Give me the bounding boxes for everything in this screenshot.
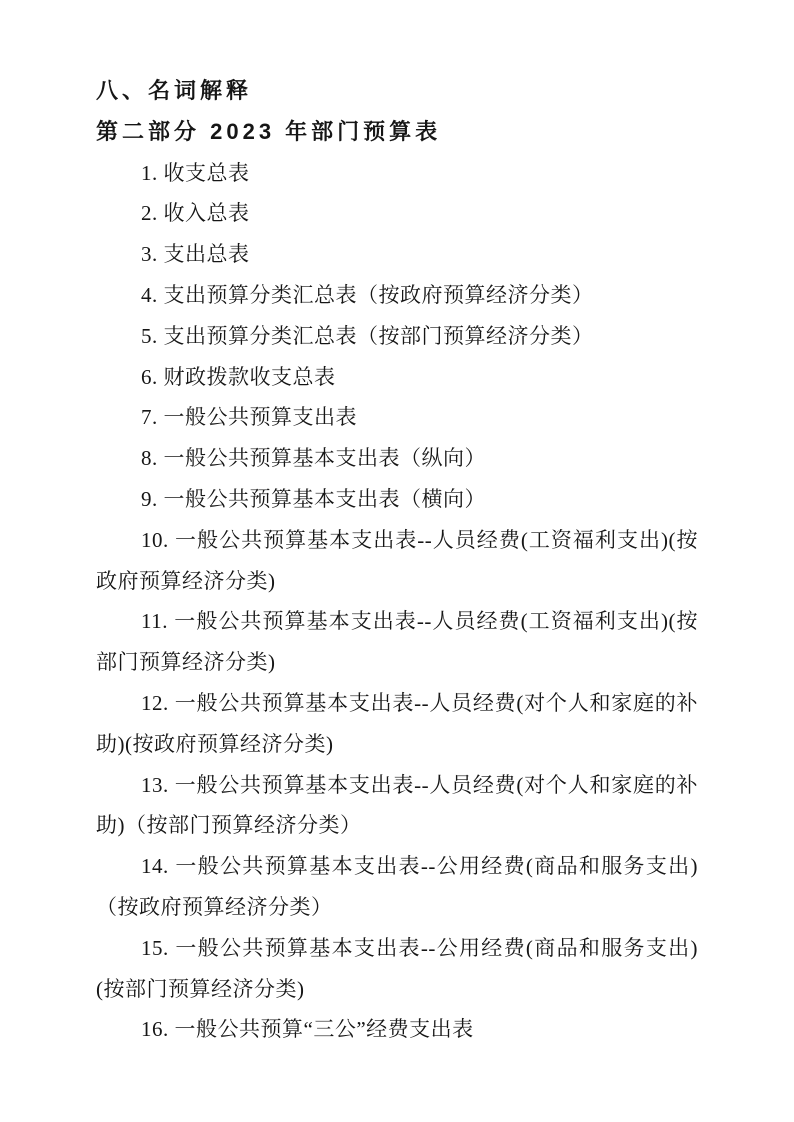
list-item: 10. 一般公共预算基本支出表--人员经费(工资福利支出)(按政府预算经济分类) <box>96 520 698 602</box>
list-item: 16. 一般公共预算“三公”经费支出表 <box>96 1009 698 1050</box>
list-item: 6. 财政拨款收支总表 <box>96 357 698 398</box>
list-item: 5. 支出预算分类汇总表（按部门预算经济分类） <box>96 316 698 357</box>
list-item: 8. 一般公共预算基本支出表（纵向） <box>96 438 698 479</box>
list-item: 2. 收入总表 <box>96 193 698 234</box>
list-item: 9. 一般公共预算基本支出表（横向） <box>96 479 698 520</box>
list-item: 12. 一般公共预算基本支出表--人员经费(对个人和家庭的补助)(按政府预算经济… <box>96 683 698 765</box>
document-page: 八、名词解释 第二部分 2023 年部门预算表 1. 收支总表 2. 收入总表 … <box>0 0 794 1122</box>
list-item: 1. 收支总表 <box>96 153 698 194</box>
list-item: 7. 一般公共预算支出表 <box>96 397 698 438</box>
list-item: 11. 一般公共预算基本支出表--人员经费(工资福利支出)(按部门预算经济分类) <box>96 601 698 683</box>
list-item: 14. 一般公共预算基本支出表--公用经费(商品和服务支出)（按政府预算经济分类… <box>96 846 698 928</box>
list-item: 3. 支出总表 <box>96 234 698 275</box>
list-item: 15. 一般公共预算基本支出表--公用经费(商品和服务支出)(按部门预算经济分类… <box>96 928 698 1010</box>
list-item: 4. 支出预算分类汇总表（按政府预算经济分类） <box>96 275 698 316</box>
toc-list: 1. 收支总表 2. 收入总表 3. 支出总表 4. 支出预算分类汇总表（按政府… <box>96 153 698 1051</box>
part-heading: 第二部分 2023 年部门预算表 <box>96 112 698 153</box>
section-heading: 八、名词解释 <box>96 71 698 112</box>
list-item: 13. 一般公共预算基本支出表--人员经费(对个人和家庭的补助)（按部门预算经济… <box>96 765 698 847</box>
